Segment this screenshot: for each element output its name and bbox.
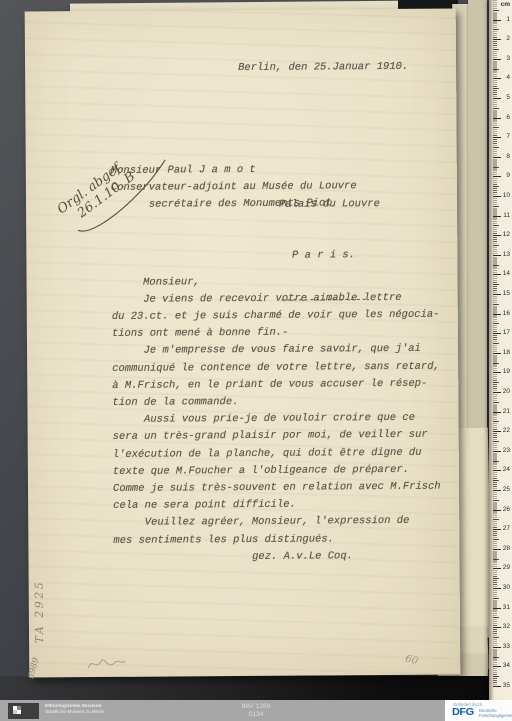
ruler-half-tick xyxy=(493,480,499,481)
ruler-cm-tick xyxy=(493,451,501,452)
ruler-half-tick xyxy=(493,323,499,324)
ruler-cm-number: 17 xyxy=(503,329,510,337)
ruler-cm-tick xyxy=(493,20,501,21)
ruler-cm-tick xyxy=(493,431,501,432)
ruler-cm-number: 20 xyxy=(503,388,510,396)
ruler-half-tick xyxy=(493,382,499,383)
ruler-cm-tick xyxy=(493,666,501,667)
ruler-half-tick xyxy=(493,441,499,442)
letter-dateline: Berlin, den 25.Januar 1910. xyxy=(238,59,408,77)
ruler-cm-number: 26 xyxy=(503,506,510,514)
ruler-cm-tick xyxy=(493,647,501,648)
ruler-cm-number: 22 xyxy=(503,427,510,435)
ruler-cm-number: 12 xyxy=(503,231,510,239)
ruler-cm-number: 2 xyxy=(506,35,510,43)
ruler-half-tick xyxy=(493,245,499,246)
cm-ruler: cm 1234567891011121314151617181920212223… xyxy=(489,0,512,700)
ruler-cm-number: 30 xyxy=(503,584,510,592)
ruler-cm-tick xyxy=(493,392,501,393)
ruler-half-tick xyxy=(493,559,499,560)
ruler-cm-tick xyxy=(493,274,501,275)
ruler-cm-number: 32 xyxy=(503,623,510,631)
ruler-half-tick xyxy=(493,69,499,70)
ruler-cm-tick xyxy=(493,235,501,236)
ruler-cm-number: 4 xyxy=(506,74,510,82)
letter-line: communiqué le contence de votre lettre, … xyxy=(112,358,440,377)
ruler-half-tick xyxy=(493,421,499,422)
ruler-cm-tick xyxy=(493,196,501,197)
dfg-org-line: Forschungsgemeinschaft xyxy=(479,713,512,718)
ruler-half-tick xyxy=(493,363,499,364)
ruler-half-tick xyxy=(493,676,499,677)
ruler-cm-number: 10 xyxy=(503,192,510,200)
ruler-cm-number: 29 xyxy=(503,564,510,572)
letter-line: du 23.ct. et je suis charmé de voir que … xyxy=(112,307,440,326)
ruler-cm-number: 3 xyxy=(506,55,510,63)
reference-line: 0134 xyxy=(0,711,512,719)
ruler-half-tick xyxy=(493,637,499,638)
letter-line: Je m'empresse de vous faire savoir, que … xyxy=(112,341,440,360)
ruler-cm-number: 31 xyxy=(503,604,510,612)
footer-bar: Ethnologisches Museum Staatliche Museen … xyxy=(0,700,512,721)
ruler-cm-number: 15 xyxy=(503,290,510,298)
ruler-cm-tick xyxy=(493,608,501,609)
ruler-half-tick xyxy=(493,304,499,305)
ruler-cm-number: 9 xyxy=(506,172,510,180)
ruler-cm-tick xyxy=(493,157,501,158)
ruler-half-tick xyxy=(493,88,499,89)
letter-page: Berlin, den 25.Januar 1910. Monsieur Pau… xyxy=(25,9,461,678)
ruler-half-tick xyxy=(493,206,499,207)
ruler-half-tick xyxy=(493,402,499,403)
ruler-cm-tick xyxy=(493,137,501,138)
letter-line: Comme je suis très-souvent en relation a… xyxy=(113,479,441,498)
ruler-half-tick xyxy=(493,500,499,501)
ruler-cm-tick xyxy=(493,627,501,628)
ruler-half-tick xyxy=(493,578,499,579)
pencil-scribble xyxy=(85,655,127,673)
ruler-half-tick xyxy=(493,108,499,109)
ruler-cm-number: 14 xyxy=(503,270,510,278)
dfg-org-name: Deutsche Forschungsgemeinschaft xyxy=(479,708,512,718)
ruler-half-tick xyxy=(493,598,499,599)
ruler-half-tick xyxy=(493,284,499,285)
ruler-cm-tick xyxy=(493,490,501,491)
letter-line: à M.Frisch, en le priant de vous accuser… xyxy=(112,375,440,394)
ruler-half-tick xyxy=(493,127,499,128)
ruler-cm-tick xyxy=(493,59,501,60)
ruler-cm-number: 18 xyxy=(503,349,510,357)
ruler-half-tick xyxy=(493,539,499,540)
letter-line: Veuillez agréer, Monsieur, l'expression … xyxy=(113,513,441,532)
ruler-cm-number: 27 xyxy=(503,525,510,533)
ruler-cm-tick xyxy=(493,686,501,687)
ruler-cm-number: 13 xyxy=(503,251,510,259)
ruler-cm-tick xyxy=(493,314,501,315)
ruler-cm-number: 16 xyxy=(503,310,510,318)
letter-line: Palais du Louvre xyxy=(279,196,380,214)
ruler-half-tick xyxy=(493,10,499,11)
ruler-cm-tick xyxy=(493,549,501,550)
ruler-half-tick xyxy=(493,225,499,226)
ruler-cm-tick xyxy=(493,372,501,373)
ruler-cm-tick xyxy=(493,353,501,354)
ruler-cm-number: 23 xyxy=(503,447,510,455)
pencil-inventory-number: TA 2925 xyxy=(33,580,46,644)
ruler-cm-tick xyxy=(493,294,501,295)
dfg-logo: DFG xyxy=(452,707,474,718)
letter-line: l'exécution de la planche, qui doit être… xyxy=(113,444,441,463)
ruler-half-tick xyxy=(493,265,499,266)
reference-line: IMV 1269 xyxy=(0,703,512,711)
ruler-half-tick xyxy=(493,147,499,148)
ruler-cm-number: 7 xyxy=(506,133,510,141)
ruler-cm-number: 34 xyxy=(503,662,510,670)
ruler-cm-tick xyxy=(493,216,501,217)
ruler-half-tick xyxy=(493,29,499,30)
ruler-cm-number: 11 xyxy=(503,212,510,220)
ruler-half-tick xyxy=(493,461,499,462)
dfg-funding-block: Gefördert durch DFG Deutsche Forschungsg… xyxy=(445,700,512,721)
ruler-cm-number: 5 xyxy=(506,94,510,102)
ruler-cm-tick xyxy=(493,255,501,256)
ruler-cm-number: 19 xyxy=(503,368,510,376)
ruler-cm-number: 33 xyxy=(503,643,510,651)
pencil-mark: 60 xyxy=(404,653,419,667)
ruler-cm-tick xyxy=(493,39,501,40)
ruler-cm-number: 24 xyxy=(503,466,510,474)
ruler-unit-label: cm xyxy=(501,1,510,8)
ruler-half-tick xyxy=(493,617,499,618)
ruler-half-tick xyxy=(493,657,499,658)
letter-line: sera un très-grand plaisir por moi, de v… xyxy=(113,427,441,446)
ruler-cm-tick xyxy=(493,78,501,79)
ruler-cm-number: 6 xyxy=(506,114,510,122)
ruler-cm-tick xyxy=(493,568,501,569)
ruler-half-tick xyxy=(493,167,499,168)
ruler-half-tick xyxy=(493,49,499,50)
ruler-millimeter-ticks xyxy=(493,0,497,688)
ruler-cm-number: 28 xyxy=(503,545,510,553)
ruler-cm-tick xyxy=(493,529,501,530)
ruler-half-tick xyxy=(493,186,499,187)
background-shadow-strip xyxy=(0,676,512,702)
ruler-cm-number: 1 xyxy=(506,16,510,24)
ruler-half-tick xyxy=(493,343,499,344)
ruler-cm-tick xyxy=(493,98,501,99)
ruler-cm-tick xyxy=(493,118,501,119)
pencil-page-number: 3989 xyxy=(26,657,41,680)
ruler-cm-tick xyxy=(493,333,501,334)
ruler-cm-number: 8 xyxy=(506,153,510,161)
reference-number: IMV 1269 0134 xyxy=(0,703,512,719)
ruler-cm-number: 21 xyxy=(503,408,510,416)
ruler-cm-tick xyxy=(493,588,501,589)
ruler-cm-tick xyxy=(493,510,501,511)
ruler-cm-number: 25 xyxy=(503,486,510,494)
ruler-cm-tick xyxy=(493,412,501,413)
ruler-cm-tick xyxy=(493,470,501,471)
ruler-half-tick xyxy=(493,519,499,520)
ruler-cm-number: 35 xyxy=(503,682,510,690)
ruler-cm-tick xyxy=(493,176,501,177)
letter-line: gez. A.v.Le Coq. xyxy=(113,547,441,566)
archive-scan-viewer: Berlin, den 25.Januar 1910. Monsieur Pau… xyxy=(0,0,512,721)
letter-body: Monsieur, Je viens de recevoir votre aim… xyxy=(111,221,441,567)
